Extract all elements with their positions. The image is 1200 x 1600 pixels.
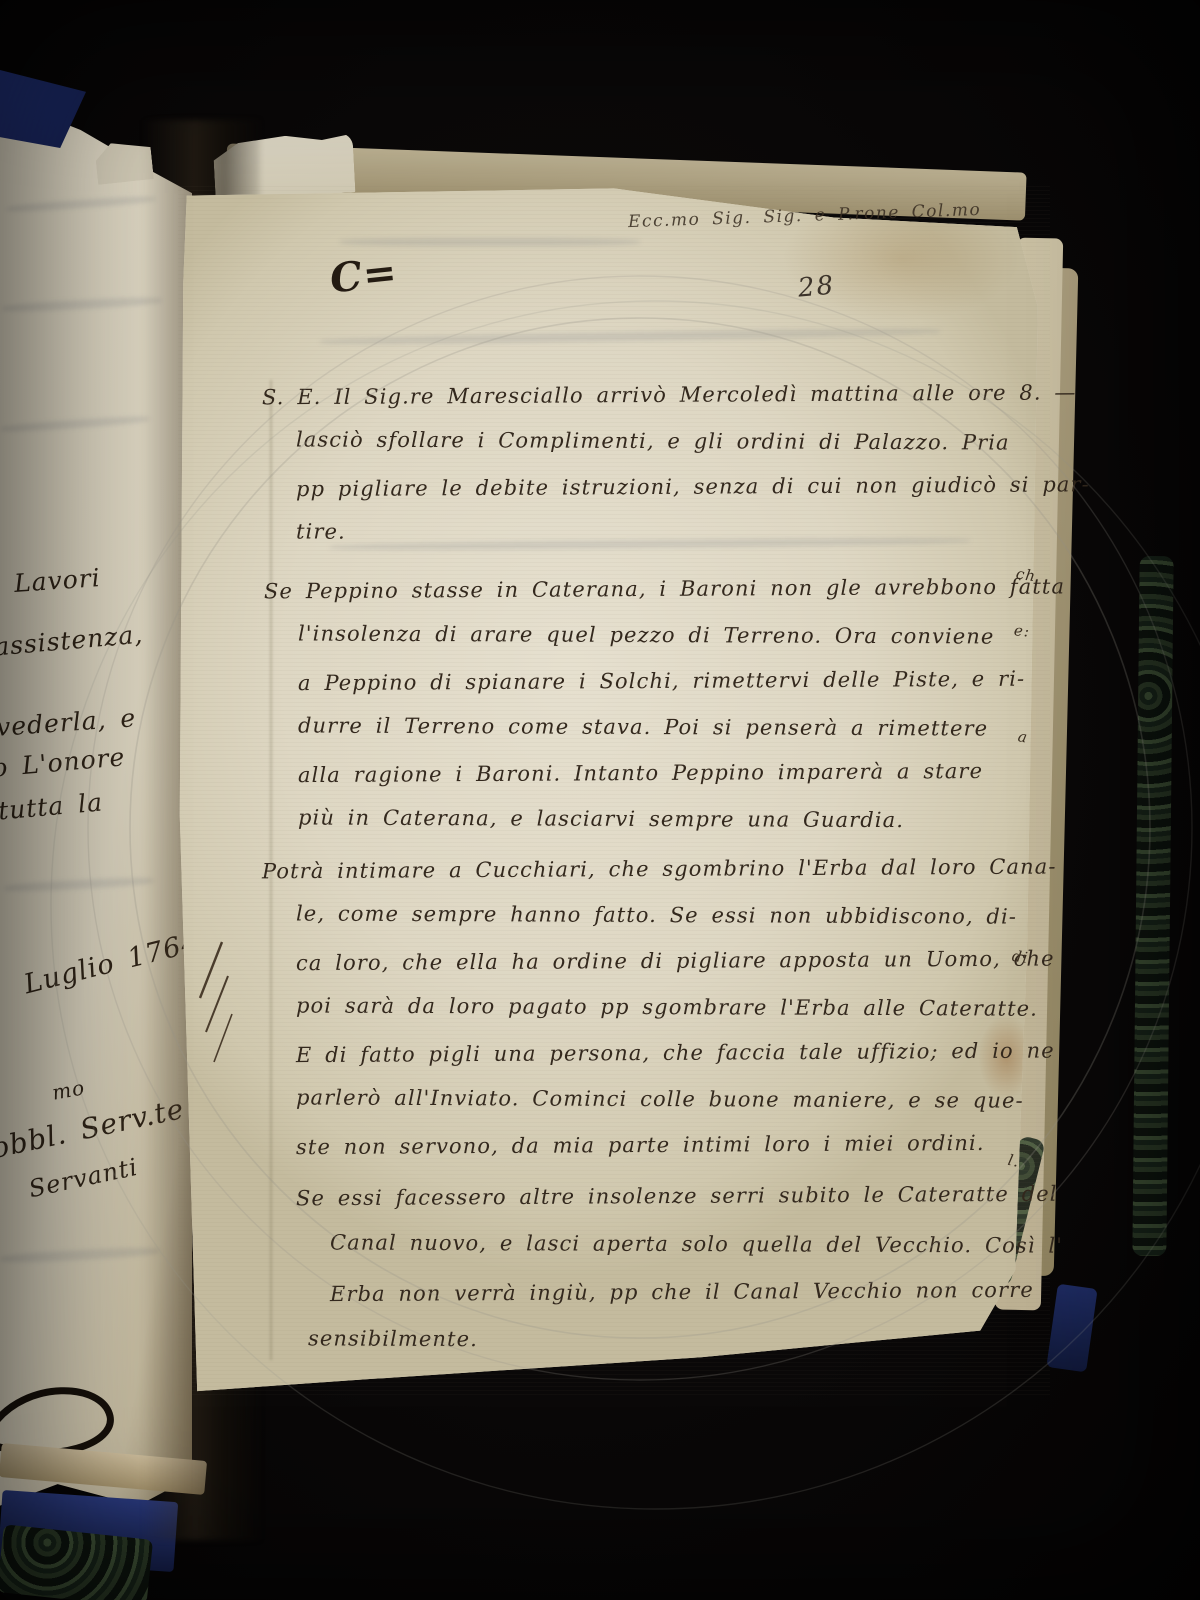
manuscript-line: S. E. Il Sig.re Maresciallo arrivò Merco… xyxy=(262,370,1032,421)
manuscript-line: Potrà intimare a Cucchiari, che sgombrin… xyxy=(262,844,1032,895)
paragraph-3: Potrà intimare a Cucchiari, che sgombrin… xyxy=(262,846,1032,1168)
manuscript-line: ste non servono, da mia parte intimi lor… xyxy=(262,1120,1032,1171)
paragraph-2: Se Peppino stasse in Caterana, i Baroni … xyxy=(264,566,1034,842)
manuscript-line: pp pigliare le debite istruzioni, senza … xyxy=(262,462,1032,513)
manuscript-line: tire. xyxy=(262,508,1032,557)
pen-slash-marks xyxy=(192,936,242,1066)
marbled-cover-edge xyxy=(1132,556,1173,1256)
manuscript-line: alla ragione i Baroni. Intanto Peppino i… xyxy=(264,748,1034,799)
manuscript-photo: Lavori assistenza, vederla, e o L'onore … xyxy=(0,0,1200,1600)
manuscript-line: Se Peppino stasse in Caterana, i Baroni … xyxy=(264,564,1034,615)
manuscript-line: durre il Terreno come stava. Poi si pens… xyxy=(264,702,1034,751)
page-number: 28 xyxy=(797,270,837,303)
manuscript-line: lasciò sfollare i Complimenti, e gli ord… xyxy=(262,416,1032,465)
manuscript-line: più in Caterana, e lasciarvi sempre una … xyxy=(264,794,1034,843)
edge-mark: ch xyxy=(1015,565,1038,586)
manuscript-line: sensibilmente. xyxy=(296,1314,1063,1365)
manuscript-line: Erba non verrà ingiù, pp che il Canal Ve… xyxy=(296,1266,1063,1319)
manuscript-line: le, come sempre hanno fatto. Se essi non… xyxy=(262,890,1032,939)
manuscript-line: ca loro, che ella ha ordine di pigliare … xyxy=(262,936,1032,987)
copy-mark: C= xyxy=(328,249,400,303)
edge-mark: di xyxy=(1011,947,1030,967)
manuscript-line: parlerò all'Inviato. Cominci colle buone… xyxy=(262,1074,1032,1123)
manuscript-line: Canal nuovo, e lasci aperta solo quella … xyxy=(296,1218,1063,1269)
paragraph-4: Se essi facessero altre insolenze serri … xyxy=(296,1172,1063,1364)
manuscript-line: E di fatto pigli una persona, che faccia… xyxy=(262,1028,1032,1079)
manuscript-line: poi sarà da loro pagato pp sgombrare l'E… xyxy=(262,982,1032,1031)
paragraph-1: S. E. Il Sig.re Maresciallo arrivò Merco… xyxy=(262,372,1032,556)
manuscript-line: l'insolenza di arare quel pezzo di Terre… xyxy=(264,610,1034,659)
showthrough-streak xyxy=(340,238,640,246)
left-fragment: Lavori xyxy=(13,563,101,598)
manuscript-line: a Peppino di spianare i Solchi, rimetter… xyxy=(264,656,1034,707)
edge-mark: e: xyxy=(1013,621,1031,641)
manuscript-line: Se essi facessero altre insolenze serri … xyxy=(296,1170,1063,1223)
